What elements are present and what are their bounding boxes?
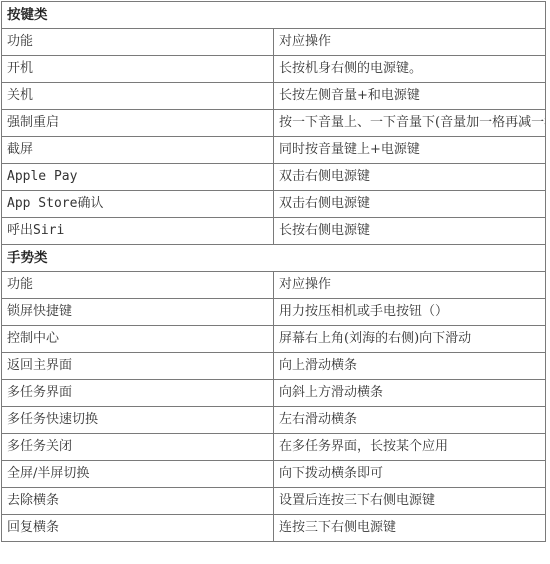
table-row: 截屏 同时按音量键上+电源键 xyxy=(2,137,546,164)
table-row: 返回主界面 向上滑动横条 xyxy=(2,353,546,380)
header-function: 功能 xyxy=(2,272,274,299)
table-row: 关机 长按左侧音量+和电源键 xyxy=(2,83,546,110)
function-cell: 多任务界面 xyxy=(2,380,274,407)
table-row: 回复横条 连按三下右侧电源键 xyxy=(2,515,546,542)
function-cell: 呼出Siri xyxy=(2,218,274,245)
function-cell: 全屏/半屏切换 xyxy=(2,461,274,488)
header-operation: 对应操作 xyxy=(274,29,546,56)
section-row-buttons: 按键类 xyxy=(2,2,546,29)
section-title: 手势类 xyxy=(2,245,546,272)
function-cell: 多任务关闭 xyxy=(2,434,274,461)
section-title: 按键类 xyxy=(2,2,546,29)
function-cell: 返回主界面 xyxy=(2,353,274,380)
table-row: 去除横条 设置后连按三下右侧电源键 xyxy=(2,488,546,515)
operation-cell: 屏幕右上角(刘海的右侧)向下滑动 xyxy=(274,326,546,353)
function-cell: 多任务快速切换 xyxy=(2,407,274,434)
operation-cell: 向下拨动横条即可 xyxy=(274,461,546,488)
operation-cell: 长按机身右侧的电源键。 xyxy=(274,56,546,83)
function-cell: Apple Pay xyxy=(2,164,274,191)
table-row: 全屏/半屏切换 向下拨动横条即可 xyxy=(2,461,546,488)
table-header-row: 功能 对应操作 xyxy=(2,272,546,299)
operation-cell: 双击右侧电源键 xyxy=(274,164,546,191)
function-cell: 关机 xyxy=(2,83,274,110)
operation-cell: 向斜上方滑动横条 xyxy=(274,380,546,407)
function-cell: 开机 xyxy=(2,56,274,83)
operation-cell: 同时按音量键上+电源键 xyxy=(274,137,546,164)
table-row: 强制重启 按一下音量上、一下音量下(音量加一格再减一格)，然后长按电源键 xyxy=(2,110,546,137)
table-row: 多任务关闭 在多任务界面，长按某个应用 xyxy=(2,434,546,461)
operation-cell: 用力按压相机或手电按钮（） xyxy=(274,299,546,326)
table-row: 锁屏快捷键 用力按压相机或手电按钮（） xyxy=(2,299,546,326)
table-row: Apple Pay 双击右侧电源键 xyxy=(2,164,546,191)
operation-cell: 按一下音量上、一下音量下(音量加一格再减一格)，然后长按电源键 xyxy=(274,110,546,137)
operation-cell: 长按右侧电源键 xyxy=(274,218,546,245)
function-cell: 回复横条 xyxy=(2,515,274,542)
function-cell: 截屏 xyxy=(2,137,274,164)
function-cell: App Store确认 xyxy=(2,191,274,218)
section-row-gestures: 手势类 xyxy=(2,245,546,272)
table-header-row: 功能 对应操作 xyxy=(2,29,546,56)
table-row: 多任务快速切换 左右滑动横条 xyxy=(2,407,546,434)
header-operation: 对应操作 xyxy=(274,272,546,299)
function-cell: 强制重启 xyxy=(2,110,274,137)
operation-cell: 在多任务界面，长按某个应用 xyxy=(274,434,546,461)
operation-cell: 左右滑动横条 xyxy=(274,407,546,434)
table-row: 开机 长按机身右侧的电源键。 xyxy=(2,56,546,83)
table-row: 控制中心 屏幕右上角(刘海的右侧)向下滑动 xyxy=(2,326,546,353)
header-function: 功能 xyxy=(2,29,274,56)
function-cell: 去除横条 xyxy=(2,488,274,515)
operation-cell: 向上滑动横条 xyxy=(274,353,546,380)
shortcut-table: 按键类 功能 对应操作 开机 长按机身右侧的电源键。 关机 长按左侧音量+和电源… xyxy=(1,1,546,542)
table-row: App Store确认 双击右侧电源键 xyxy=(2,191,546,218)
operation-cell: 连按三下右侧电源键 xyxy=(274,515,546,542)
function-cell: 控制中心 xyxy=(2,326,274,353)
operation-cell: 双击右侧电源键 xyxy=(274,191,546,218)
table-row: 多任务界面 向斜上方滑动横条 xyxy=(2,380,546,407)
table-row: 呼出Siri 长按右侧电源键 xyxy=(2,218,546,245)
operation-cell: 长按左侧音量+和电源键 xyxy=(274,83,546,110)
function-cell: 锁屏快捷键 xyxy=(2,299,274,326)
operation-cell: 设置后连按三下右侧电源键 xyxy=(274,488,546,515)
